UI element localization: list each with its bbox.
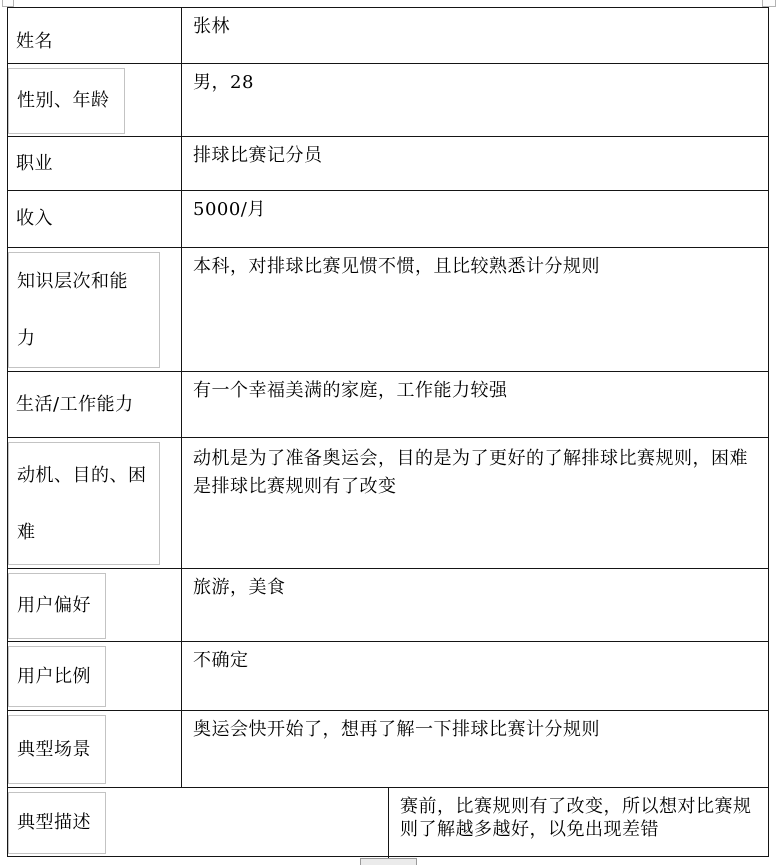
row-label: 用户比例 [9,665,91,689]
row-label: 姓名 [8,30,53,54]
row-content: 5000/月 [193,199,266,220]
row-label: 典型场景 [9,738,91,762]
table-row: 用户偏好 旅游，美食 [8,569,768,642]
row-label: 生活/工作能力 [8,393,134,417]
label-text-frame: 性别、年龄 [8,68,125,134]
table-row: 知识层次和能 力 本科，对排球比赛见惯不惯，且比较熟悉计分规则 [8,248,768,372]
label-text-frame: 典型描述 [8,792,106,854]
row-content-cell: 5000/月 [182,191,768,247]
document-page: 姓名 张林 性别、年龄 男，28 职业 排球比赛记分员 [0,0,778,865]
row-content: 不确定 [193,650,249,671]
row-content-cell: 排球比赛记分员 [182,137,768,190]
table-row: 典型描述 赛前，比赛规则有了改变，所以想对比赛规 则了解越多越好，以免出现差错 [8,788,768,858]
row-content: 奥运会快开始了，想再了解一下排球比赛计分规则 [193,719,600,740]
row-content: 排球比赛记分员 [193,145,323,166]
row-content: 动机是为了准备奥运会，目的是为了更好的了解排球比赛规则，困难 是排球比赛规则有了… [193,448,748,497]
row-label-cell: 姓名 [8,8,182,63]
label-text-frame: 典型场景 [8,715,106,784]
row-content: 张林 [193,16,230,37]
row-content-cell: 男，28 [182,64,768,136]
row-label-cell: 典型描述 [8,788,389,858]
table-row: 职业 排球比赛记分员 [8,137,768,191]
row-label-cell: 典型场景 [8,711,182,787]
row-content-cell: 赛前，比赛规则有了改变，所以想对比赛规 则了解越多越好，以免出现差错 [389,788,768,858]
row-content: 有一个幸福美满的家庭，工作能力较强 [193,380,508,401]
label-text-frame: 动机、目的、困 难 [8,442,160,565]
row-content-cell: 不确定 [182,642,768,710]
row-content-cell: 奥运会快开始了，想再了解一下排球比赛计分规则 [182,711,768,787]
table-row: 动机、目的、困 难 动机是为了准备奥运会，目的是为了更好的了解排球比赛规则，困难… [8,438,768,569]
row-content-cell: 旅游，美食 [182,569,768,641]
row-label: 用户偏好 [9,594,91,618]
table-row: 姓名 张林 [8,8,768,64]
table-corner-handle-icon[interactable] [762,0,776,7]
row-label: 职业 [8,152,53,176]
row-content: 旅游，美食 [193,577,286,598]
row-content-cell: 有一个幸福美满的家庭，工作能力较强 [182,372,768,437]
row-label-cell: 职业 [8,137,182,190]
table-row: 收入 5000/月 [8,191,768,248]
row-content: 本科，对排球比赛见惯不惯，且比较熟悉计分规则 [193,256,600,277]
row-content: 赛前，比赛规则有了改变，所以想对比赛规 则了解越多越好，以免出现差错 [400,796,752,840]
row-label: 知识层次和能 力 [9,253,128,367]
row-content-cell: 动机是为了准备奥运会，目的是为了更好的了解排球比赛规则，困难 是排球比赛规则有了… [182,438,768,568]
row-label: 性别、年龄 [9,89,110,113]
row-label: 典型描述 [9,811,91,835]
label-text-frame: 知识层次和能 力 [8,252,160,368]
row-content-cell: 张林 [182,8,768,63]
row-content-cell: 本科，对排球比赛见惯不惯，且比较熟悉计分规则 [182,248,768,371]
row-label-cell: 收入 [8,191,182,247]
row-label: 收入 [8,207,53,231]
row-label-cell: 动机、目的、困 难 [8,438,182,568]
table-row: 生活/工作能力 有一个幸福美满的家庭，工作能力较强 [8,372,768,438]
row-label: 动机、目的、困 难 [9,447,147,561]
row-label-cell: 性别、年龄 [8,64,182,136]
table-move-handle-icon[interactable] [2,0,14,7]
row-label-cell: 用户偏好 [8,569,182,641]
persona-table: 姓名 张林 性别、年龄 男，28 职业 排球比赛记分员 [7,7,769,857]
table-row: 典型场景 奥运会快开始了，想再了解一下排球比赛计分规则 [8,711,768,788]
row-label-cell: 生活/工作能力 [8,372,182,437]
table-resize-handle[interactable] [360,858,417,865]
label-text-frame: 用户比例 [8,646,106,707]
label-text-frame: 用户偏好 [8,573,106,639]
row-content: 男，28 [193,72,254,93]
row-label-cell: 知识层次和能 力 [8,248,182,371]
table-row: 性别、年龄 男，28 [8,64,768,137]
table-row: 用户比例 不确定 [8,642,768,711]
row-label-cell: 用户比例 [8,642,182,710]
